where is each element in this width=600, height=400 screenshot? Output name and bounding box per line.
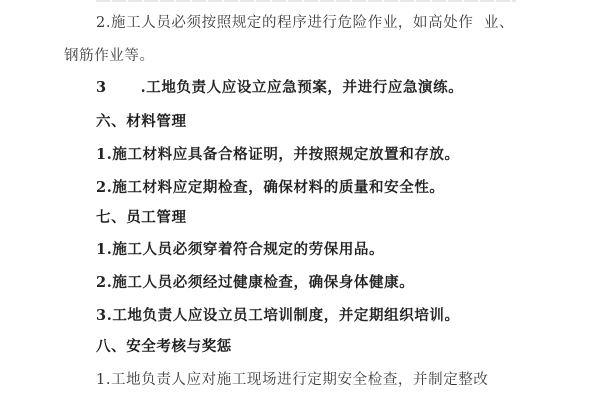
- list-item-continuation: 钢筋作业等。: [64, 47, 155, 65]
- list-item-protective-gear: 1.施工人员必须穿着符合规定的劳保用品。: [96, 241, 384, 259]
- list-item-hazardous-work: 2.施工人员必须按照规定的程序进行危险作业，如高处作 业、: [96, 14, 514, 32]
- list-item-material-inspection: 2.施工材料应定期检查，确保材料的质量和安全性。: [96, 179, 445, 197]
- previous-line-fragment: [96, 0, 516, 2]
- document-page: 2.施工人员必须按照规定的程序进行危险作业，如高处作 业、 钢筋作业等。 3 .…: [0, 0, 600, 400]
- section-heading-materials: 六、材料管理: [96, 113, 187, 131]
- section-heading-staff: 七、员工管理: [96, 209, 187, 227]
- list-item-health-check: 2.施工人员必须经过健康检查，确保身体健康。: [96, 274, 414, 292]
- section-heading-assessment: 八、安全考核与奖惩: [96, 338, 232, 356]
- list-item-emergency-plan: 3 .工地负责人应设立应急预案，并进行应急演练。: [96, 79, 463, 97]
- list-item-training: 3.工地负责人应设立员工培训制度，并定期组织培训。: [96, 307, 460, 325]
- list-item-material-certificate: 1.施工材料应具备合格证明，并按照规定放置和存放。: [96, 146, 460, 164]
- list-item-safety-inspection: 1.工地负责人应对施工现场进行定期安全检查，并制定整改: [96, 371, 489, 389]
